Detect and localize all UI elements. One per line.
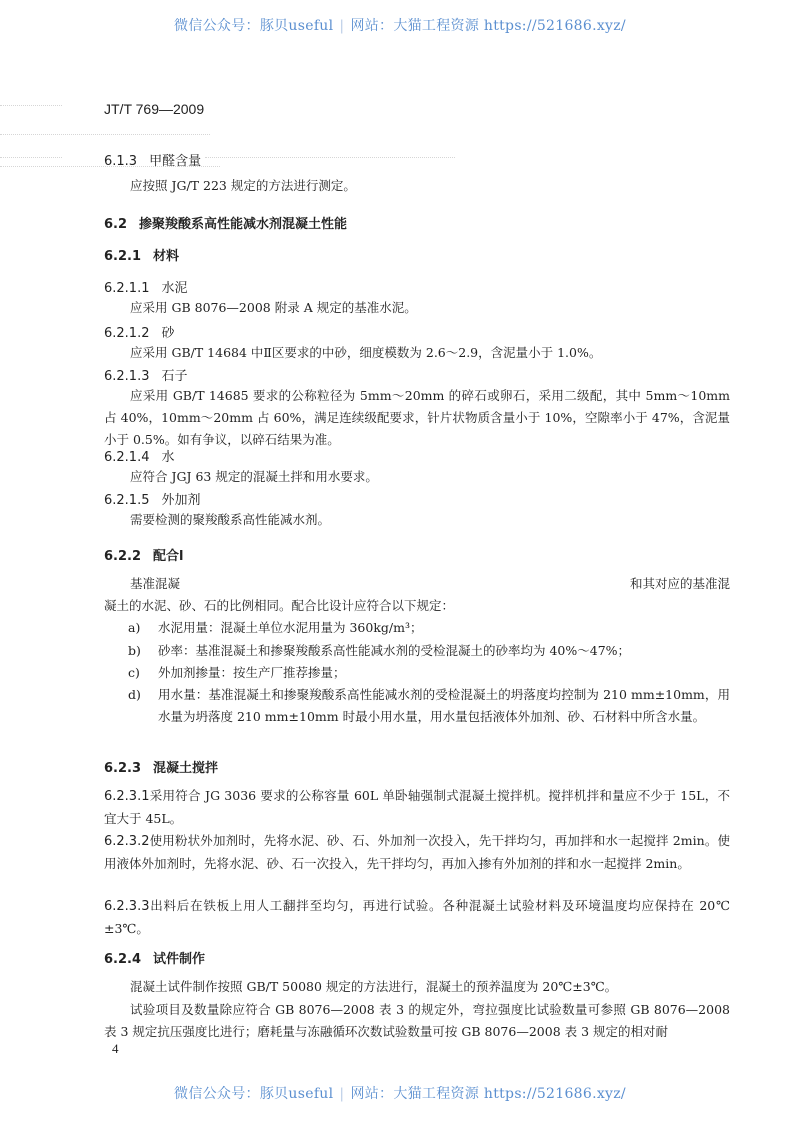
heading-6-2-1-3: 6.2.1.3石子 bbox=[104, 365, 730, 384]
section-title: 水 bbox=[161, 450, 174, 465]
list-text: 水泥用量：混凝土单位水泥用量为 360kg/m³； bbox=[158, 617, 730, 639]
paragraph-6-2-1-5: 需要检测的聚羧酸系高性能减水剂。 bbox=[104, 509, 730, 531]
section-title: 材料 bbox=[153, 249, 179, 264]
watermark-separator: | bbox=[339, 18, 344, 34]
list-marker: b) bbox=[128, 640, 141, 662]
section-number: 6.2.3 bbox=[104, 761, 141, 776]
section-title: 掺聚羧酸系高性能减水剂混凝土性能 bbox=[139, 217, 347, 232]
section-body: 出料后在铁板上用人工翻拌至均匀，再进行试验。各种混凝土试验材料及环境温度均应保持… bbox=[104, 898, 730, 936]
watermark-website: 网站：大猫工程资源 https://521686.xyz/ bbox=[350, 1086, 626, 1102]
paragraph-6-2-1-4: 应符合 JGJ 63 规定的混凝土拌和用水要求。 bbox=[104, 466, 730, 488]
heading-6-2-1-2: 6.2.1.2砂 bbox=[104, 322, 730, 341]
scan-dotline bbox=[0, 134, 210, 135]
heading-6-2-1-5: 6.2.1.5外加剂 bbox=[104, 489, 730, 508]
section-title: 配合l bbox=[153, 549, 183, 564]
section-number: 6.2.3.2 bbox=[104, 834, 149, 849]
scan-dotline bbox=[0, 105, 62, 106]
section-number: 6.2 bbox=[104, 217, 127, 232]
section-title: 混凝土搅拌 bbox=[153, 761, 218, 776]
watermark-website: 网站：大猫工程资源 https://521686.xyz/ bbox=[350, 18, 626, 34]
heading-6-2: 6.2掺聚羧酸系高性能减水剂混凝土性能 bbox=[104, 213, 730, 232]
standard-code: JT/T 769—2009 bbox=[104, 101, 204, 117]
section-body: 采用符合 JG 3036 要求的公称容量 60L 单卧轴强制式混凝土搅拌机。搅拌… bbox=[104, 788, 730, 826]
heading-6-2-1-4: 6.2.1.4水 bbox=[104, 446, 730, 465]
paragraph-6-2-2-line2: 凝土的水泥、砂、石的比例相同。配合比设计应符合以下规定： bbox=[104, 595, 730, 617]
section-number: 6.2.1.1 bbox=[104, 281, 149, 296]
paragraph-tail: 和其对应的基准混 bbox=[630, 573, 730, 595]
section-number: 6.2.1.2 bbox=[104, 326, 149, 341]
section-number: 6.2.2 bbox=[104, 549, 141, 564]
section-title: 试件制作 bbox=[153, 952, 205, 967]
section-number: 6.2.3.3 bbox=[104, 899, 149, 914]
list-text: 砂率：基准混凝土和掺聚羧酸系高性能减水剂的受检混凝土的砂率均为 40%～47%； bbox=[158, 640, 730, 662]
watermark-wechat: 微信公众号：豚贝useful bbox=[174, 1086, 333, 1102]
heading-6-2-1: 6.2.1材料 bbox=[104, 245, 730, 264]
section-title: 水泥 bbox=[161, 281, 187, 296]
list-item-d: d) 用水量：基准混凝土和掺聚羧酸系高性能减水剂的受检混凝土的坍落度均控制为 2… bbox=[128, 684, 730, 728]
list-text: 外加剂掺量：按生产厂推荐掺量； bbox=[158, 662, 730, 684]
page-number: 4 bbox=[112, 1041, 119, 1057]
watermark-wechat: 微信公众号：豚贝useful bbox=[174, 18, 333, 34]
paragraph-6-2-4-2: 试验项目及数量除应符合 GB 8076—2008 表 3 的规定外，弯拉强度比试… bbox=[104, 999, 730, 1043]
list-marker: c) bbox=[128, 662, 140, 684]
heading-6-2-3: 6.2.3混凝土搅拌 bbox=[104, 757, 730, 776]
section-title: 甲醛含量 bbox=[149, 154, 201, 169]
list-item-c: c) 外加剂掺量：按生产厂推荐掺量； bbox=[128, 662, 730, 684]
paragraph-6-2-3-2: 6.2.3.2使用粉状外加剂时，先将水泥、砂、石、外加剂一次投入，先干拌均匀，再… bbox=[104, 830, 730, 875]
list-item-b: b) 砂率：基准混凝土和掺聚羧酸系高性能减水剂的受检混凝土的砂率均为 40%～4… bbox=[128, 640, 730, 662]
section-title: 石子 bbox=[161, 369, 187, 384]
heading-6-1-3: 6.1.3甲醛含量 bbox=[104, 150, 730, 169]
scan-dotline bbox=[0, 157, 62, 158]
section-number: 6.2.1.3 bbox=[104, 369, 149, 384]
section-body: 使用粉状外加剂时，先将水泥、砂、石、外加剂一次投入，先干拌均匀，再加拌和水一起搅… bbox=[104, 833, 730, 871]
watermark-bottom: 微信公众号：豚贝useful|网站：大猫工程资源 https://521686.… bbox=[0, 1083, 800, 1103]
section-number: 6.2.1.4 bbox=[104, 450, 149, 465]
heading-6-2-2: 6.2.2配合l bbox=[104, 545, 730, 564]
paragraph-6-1-3: 应按照 JG/T 223 规定的方法进行测定。 bbox=[104, 175, 730, 197]
heading-6-2-1-1: 6.2.1.1水泥 bbox=[104, 277, 730, 296]
paragraph-6-2-3-1: 6.2.3.1采用符合 JG 3036 要求的公称容量 60L 单卧轴强制式混凝… bbox=[104, 785, 730, 830]
list-item-a: a) 水泥用量：混凝土单位水泥用量为 360kg/m³； bbox=[128, 617, 730, 639]
list-marker: a) bbox=[128, 617, 140, 639]
paragraph-6-2-3-3: 6.2.3.3出料后在铁板上用人工翻拌至均匀，再进行试验。各种混凝土试验材料及环… bbox=[104, 895, 730, 940]
section-number: 6.2.1 bbox=[104, 249, 141, 264]
list-text: 用水量：基准混凝土和掺聚羧酸系高性能减水剂的受检混凝土的坍落度均控制为 210 … bbox=[158, 684, 730, 728]
section-number: 6.2.1.5 bbox=[104, 493, 149, 508]
list-marker: d) bbox=[128, 684, 141, 706]
watermark-separator: | bbox=[339, 1086, 344, 1102]
section-number: 6.2.4 bbox=[104, 952, 141, 967]
heading-6-2-4: 6.2.4试件制作 bbox=[104, 948, 730, 967]
paragraph-6-2-1-1: 应采用 GB 8076—2008 附录 A 规定的基准水泥。 bbox=[104, 297, 730, 319]
section-number: 6.2.3.1 bbox=[104, 789, 149, 804]
paragraph-6-2-4-1: 混凝土试件制作按照 GB/T 50080 规定的方法进行，混凝土的预养温度为 2… bbox=[104, 976, 730, 998]
watermark-top: 微信公众号：豚贝useful|网站：大猫工程资源 https://521686.… bbox=[0, 15, 800, 35]
paragraph-6-2-1-2: 应采用 GB/T 14684 中Ⅱ区要求的中砂，细度模数为 2.6～2.9，含泥… bbox=[104, 342, 730, 364]
paragraph-start: 基准混凝 bbox=[130, 576, 180, 591]
section-number: 6.1.3 bbox=[104, 154, 137, 169]
section-title: 砂 bbox=[161, 326, 174, 341]
section-title: 外加剂 bbox=[161, 493, 200, 508]
paragraph-6-2-1-3: 应采用 GB/T 14685 要求的公称粒径为 5mm～20mm 的碎石或卵石，… bbox=[104, 385, 730, 451]
paragraph-6-2-2-line1: 基准混凝和其对应的基准混 bbox=[104, 573, 730, 595]
